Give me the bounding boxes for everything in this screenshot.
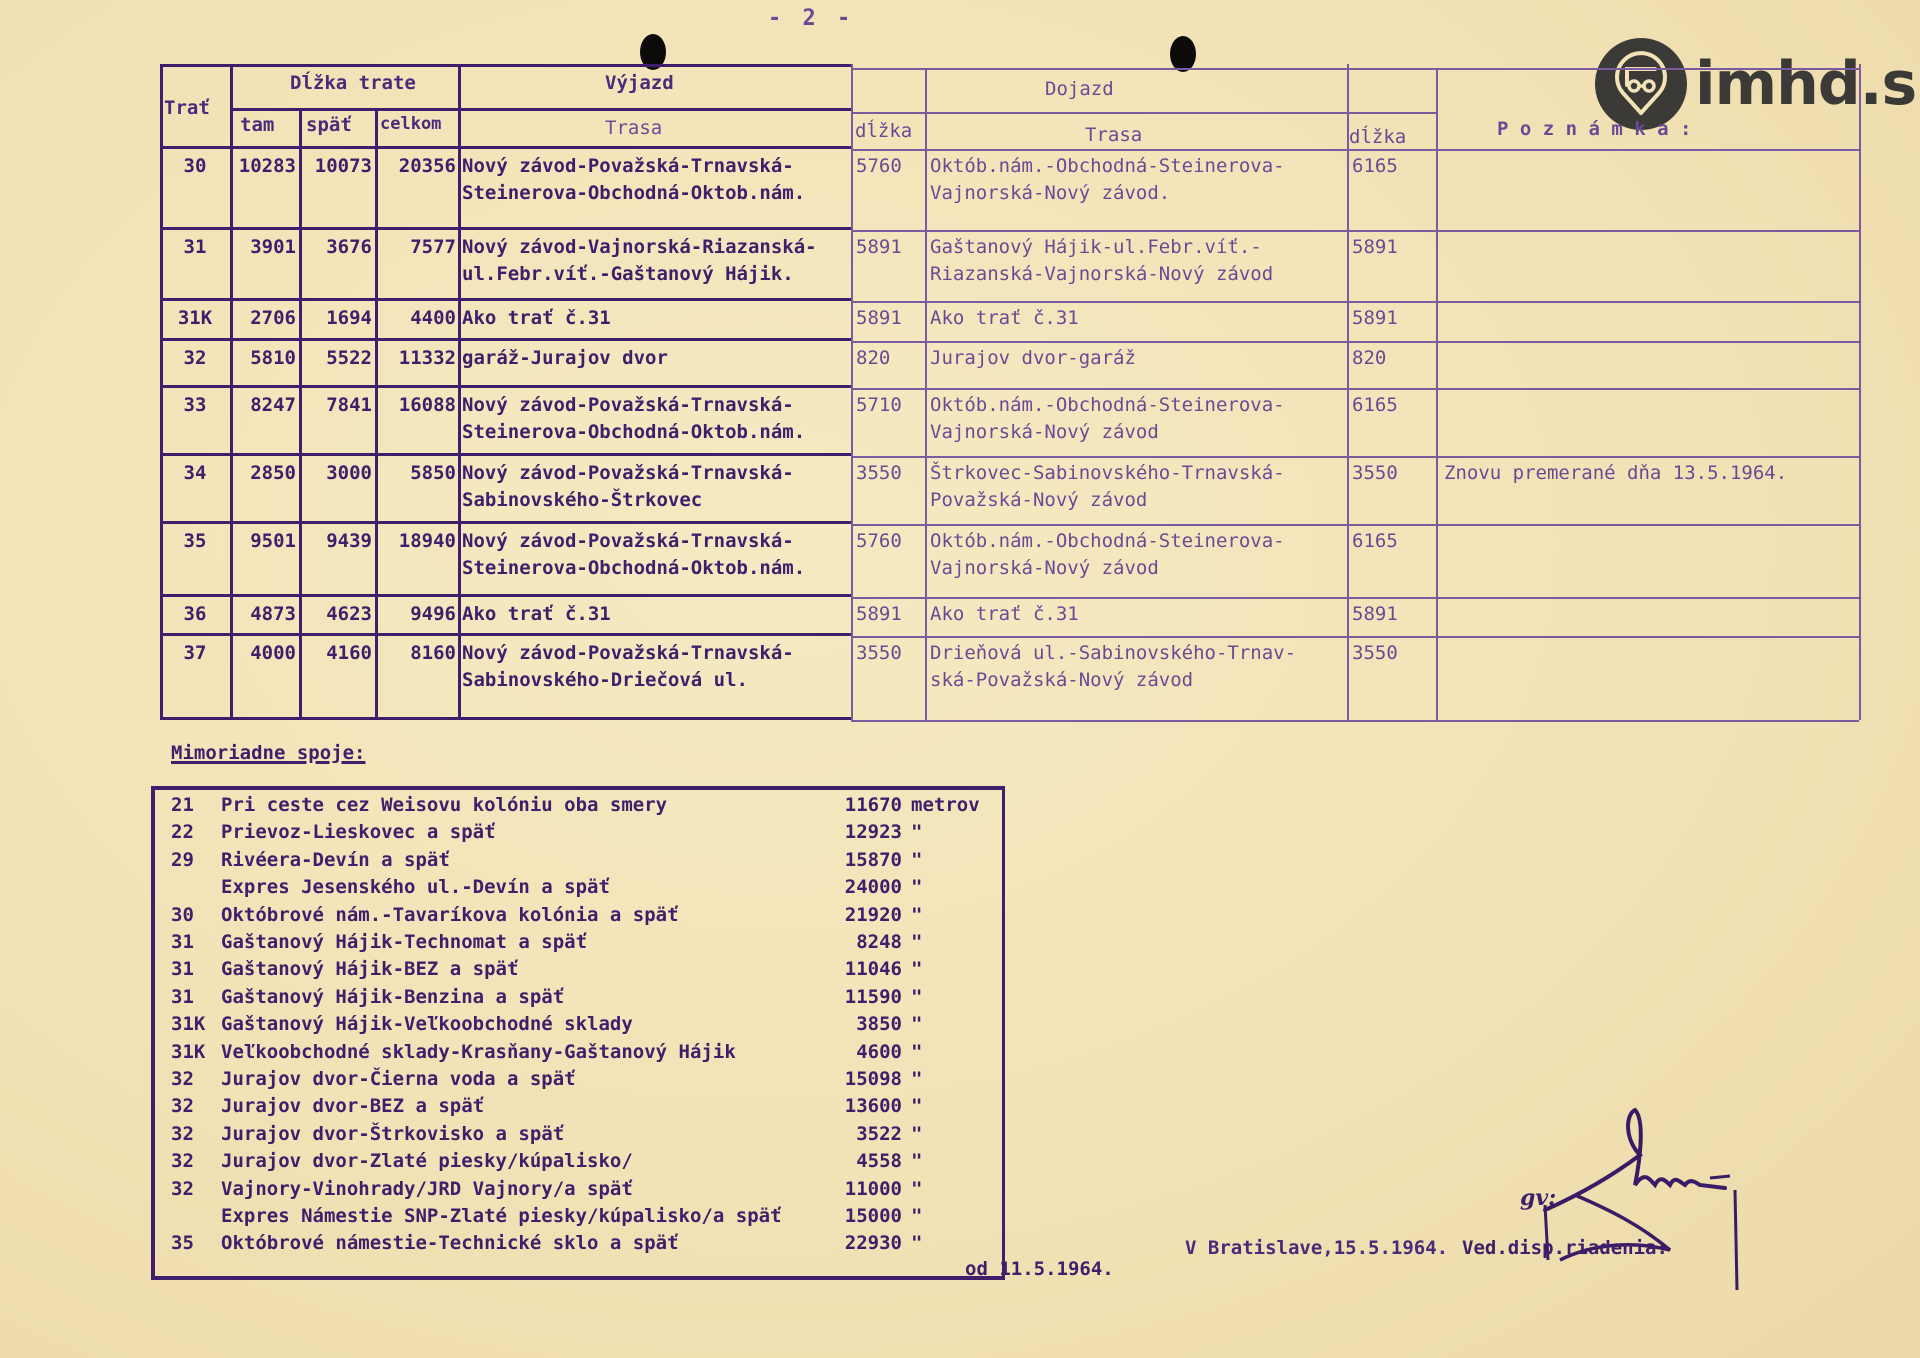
special-route-unit: " [911, 1205, 922, 1227]
cell-spat: 3000 [302, 461, 372, 486]
special-route-number: 31K [171, 1041, 205, 1063]
special-route-unit: " [911, 1041, 922, 1063]
table-rule [160, 385, 851, 388]
cell-trat: 35 [166, 529, 224, 554]
cell-tam: 5810 [232, 346, 296, 371]
special-route-unit: " [911, 904, 922, 926]
cell-dojazd-trasa: Vajnorská-Nový závod. [930, 181, 1170, 206]
special-route-unit: " [911, 821, 922, 843]
table-rule [851, 388, 1859, 390]
special-route-number: 32 [171, 1123, 194, 1145]
cell-vyjazd-trasa: Nový závod-Považská-Trnavská- [462, 461, 794, 486]
cell-dojazd-dlzka: 6165 [1352, 393, 1432, 418]
cell-vyjazd-trasa: garáž-Jurajov dvor [462, 346, 668, 371]
special-service-row: 31Gaštanový Hájik-Benzina a späť11590" [155, 986, 1002, 1013]
table-rule [851, 597, 1859, 599]
cell-dojazd-trasa: Vajnorská-Nový závod [930, 556, 1159, 581]
cell-dojazd-trasa: Riazanská-Vajnorská-Nový závod [930, 262, 1273, 287]
cell-vyjazd-dlzka: 5760 [856, 529, 920, 554]
table-rule [160, 298, 851, 301]
cell-dojazd-trasa: Ako trať č.31 [930, 602, 1079, 627]
cell-dojazd-dlzka: 5891 [1352, 306, 1432, 331]
table-rule [851, 301, 1859, 303]
cell-trat: 31 [166, 235, 224, 260]
cell-vyjazd-trasa: Ako trať č.31 [462, 602, 611, 627]
table-rule [160, 594, 851, 597]
cell-dojazd-dlzka: 6165 [1352, 154, 1432, 179]
special-route-text: Gaštanový Hájik-BEZ a späť [221, 958, 518, 980]
cell-dojazd-trasa: Považská-Nový závod [930, 488, 1147, 513]
cell-vyjazd-trasa: Sabinovského-Driečová ul. [462, 668, 748, 693]
cell-vyjazd-trasa: Nový závod-Vajnorská-Riazanská- [462, 235, 817, 260]
special-route-number: 31 [171, 958, 194, 980]
special-route-unit: " [911, 1095, 922, 1117]
cell-vyjazd-trasa: Steinerova-Obchodná-Oktob.nám. [462, 556, 805, 581]
special-route-number: 32 [171, 1178, 194, 1200]
special-route-length: 4558 [856, 1150, 902, 1172]
punch-hole [1170, 36, 1196, 72]
table-rule [1859, 64, 1861, 720]
cell-trat: 34 [166, 461, 224, 486]
header-vyjazd-dlzka: dĺžka [855, 120, 912, 142]
special-service-row: 32Jurajov dvor-Zlaté piesky/kúpalisko/45… [155, 1150, 1002, 1177]
special-route-text: Gaštanový Hájik-Benzina a späť [221, 986, 564, 1008]
special-service-row: 31Gaštanový Hájik-Technomat a späť8248" [155, 931, 1002, 958]
special-route-length: 8248 [856, 931, 902, 953]
special-route-length: 15098 [845, 1068, 902, 1090]
special-service-row: 30Októbrové nám.-Tavaríkova kolónia a sp… [155, 904, 1002, 931]
cell-dojazd-trasa: Októb.nám.-Obchodná-Steinerova- [930, 154, 1285, 179]
header-vyjazd-trasa: Trasa [605, 117, 662, 139]
cell-vyjazd-trasa: Nový závod-Považská-Trnavská- [462, 154, 794, 179]
special-route-text: Expres Námestie SNP-Zlaté piesky/kúpalis… [221, 1205, 782, 1227]
cell-trat: 33 [166, 393, 224, 418]
special-route-length: 12923 [845, 821, 902, 843]
table-rule [160, 64, 163, 720]
header-spat: späť [306, 114, 352, 136]
table-rule [851, 68, 1859, 70]
cell-vyjazd-dlzka: 5760 [856, 154, 920, 179]
cell-celkom: 4400 [378, 306, 456, 331]
logo-text: imhd.sk [1695, 49, 1920, 119]
special-route-unit: " [911, 1178, 922, 1200]
cell-dojazd-trasa: Októb.nám.-Obchodná-Steinerova- [930, 529, 1285, 554]
table-rule [851, 456, 1859, 458]
cell-vyjazd-trasa: Sabinovského-Štrkovec [462, 488, 702, 513]
special-route-length: 13600 [845, 1095, 902, 1117]
table-rule [458, 64, 461, 720]
special-route-text: Októbrové nám.-Tavaríkova kolónia a späť [221, 904, 679, 926]
cell-vyjazd-trasa: Ako trať č.31 [462, 306, 611, 331]
cell-celkom: 20356 [378, 154, 456, 179]
special-route-number: 21 [171, 794, 194, 816]
table-rule [851, 524, 1859, 526]
place-date: V Bratislave,15.5.1964. [1185, 1237, 1448, 1259]
special-route-number: 35 [171, 1232, 194, 1254]
special-route-text: Gaštanový Hájik-Technomat a späť [221, 931, 587, 953]
special-service-row: 31Gaštanový Hájik-BEZ a späť11046" [155, 958, 1002, 985]
special-route-text: Veľkoobchodné sklady-Krasňany-Gaštanový … [221, 1041, 736, 1063]
cell-vyjazd-trasa: Steinerova-Obchodná-Oktob.nám. [462, 420, 805, 445]
cell-vyjazd-dlzka: 5710 [856, 393, 920, 418]
special-route-text: Vajnory-Vinohrady/JRD Vajnory/a späť [221, 1178, 633, 1200]
cell-spat: 4623 [302, 602, 372, 627]
table-rule [1347, 64, 1349, 720]
table-rule [851, 230, 1859, 232]
cell-trat: 31K [166, 306, 224, 331]
cell-dojazd-dlzka: 6165 [1352, 529, 1432, 554]
header-dojazd: Dojazd [1045, 78, 1114, 100]
special-service-row: 31KGaštanový Hájik-Veľkoobchodné sklady3… [155, 1013, 1002, 1040]
special-route-unit: metrov [911, 794, 980, 816]
table-rule [160, 521, 851, 524]
table-rule [1436, 68, 1438, 720]
cell-dojazd-trasa: Vajnorská-Nový závod [930, 420, 1159, 445]
cell-celkom: 9496 [378, 602, 456, 627]
cell-dojazd-trasa: ská-Považská-Nový závod [930, 668, 1193, 693]
cell-spat: 4160 [302, 641, 372, 666]
cell-dojazd-dlzka: 820 [1352, 346, 1432, 371]
special-route-length: 4600 [856, 1041, 902, 1063]
cell-tam: 3901 [232, 235, 296, 260]
table-rule [160, 717, 851, 720]
special-route-number: 22 [171, 821, 194, 843]
special-route-number: 31K [171, 1013, 205, 1035]
cell-vyjazd-dlzka: 3550 [856, 641, 920, 666]
cell-spat: 3676 [302, 235, 372, 260]
special-route-text: Jurajov dvor-Štrkovisko a späť [221, 1123, 564, 1145]
special-route-length: 11670 [845, 794, 902, 816]
cell-celkom: 7577 [378, 235, 456, 260]
table-rule [925, 68, 927, 720]
cell-tam: 10283 [232, 154, 296, 179]
cell-celkom: 11332 [378, 346, 456, 371]
special-route-length: 24000 [845, 876, 902, 898]
header-tam: tam [240, 114, 274, 136]
special-route-length: 21920 [845, 904, 902, 926]
cell-dojazd-dlzka: 3550 [1352, 461, 1432, 486]
signatory-title: Ved.disp.riadenia: [1462, 1237, 1668, 1259]
special-route-unit: " [911, 1013, 922, 1035]
special-route-text: Gaštanový Hájik-Veľkoobchodné sklady [221, 1013, 633, 1035]
special-service-row: 31KVeľkoobchodné sklady-Krasňany-Gaštano… [155, 1041, 1002, 1068]
cell-celkom: 5850 [378, 461, 456, 486]
cell-dojazd-trasa: Drieňová ul.-Sabinovského-Trnav- [930, 641, 1296, 666]
cell-vyjazd-trasa: Nový závod-Považská-Trnavská- [462, 393, 794, 418]
special-route-text: Jurajov dvor-Čierna voda a späť [221, 1068, 576, 1090]
special-service-row: 32Jurajov dvor-BEZ a späť13600" [155, 1095, 1002, 1122]
cell-vyjazd-dlzka: 5891 [856, 602, 920, 627]
special-service-row: 22Prievoz-Lieskovec a späť12923" [155, 821, 1002, 848]
cell-tam: 4873 [232, 602, 296, 627]
imhd-logo[interactable]: imhd.sk [1595, 38, 1920, 130]
table-rule [160, 633, 851, 636]
bus-pin-icon [1595, 38, 1687, 130]
special-route-text: Prievoz-Lieskovec a späť [221, 821, 496, 843]
header-dojazd-dlzka: dĺžka [1349, 126, 1406, 148]
special-service-row: Expres Jesenského ul.-Devín a späť24000" [155, 876, 1002, 903]
special-route-length: 15870 [845, 849, 902, 871]
cell-tam: 2850 [232, 461, 296, 486]
special-route-number: 32 [171, 1095, 194, 1117]
table-rule [160, 338, 851, 341]
special-route-number: 31 [171, 986, 194, 1008]
special-route-text: Rivéera-Devín a späť [221, 849, 450, 871]
cell-dojazd-dlzka: 5891 [1352, 602, 1432, 627]
special-route-text: Jurajov dvor-BEZ a späť [221, 1095, 484, 1117]
special-route-text: Expres Jesenského ul.-Devín a späť [221, 876, 610, 898]
cell-tam: 9501 [232, 529, 296, 554]
cell-dojazd-trasa: Štrkovec-Sabinovského-Trnavská- [930, 461, 1285, 486]
special-route-unit: " [911, 986, 922, 1008]
special-route-length: 3850 [856, 1013, 902, 1035]
header-poznamka: P o z n á m k a : [1497, 118, 1691, 140]
table-rule [160, 146, 851, 149]
cell-tam: 2706 [232, 306, 296, 331]
cell-trat: 32 [166, 346, 224, 371]
cell-trat: 36 [166, 602, 224, 627]
special-route-length: 22930 [845, 1232, 902, 1254]
special-route-unit: " [911, 1068, 922, 1090]
special-route-unit: " [911, 958, 922, 980]
cell-vyjazd-trasa: ul.Febr.víť.-Gaštanový Hájik. [462, 262, 794, 287]
special-route-number: 31 [171, 931, 194, 953]
special-route-unit: " [911, 876, 922, 898]
cell-poznamka: Znovu premerané dňa 13.5.1964. [1444, 461, 1787, 486]
validity-note: od 11.5.1964. [965, 1258, 1114, 1280]
header-celkom: celkom [380, 114, 441, 134]
header-trat: Trať [164, 97, 210, 119]
cell-celkom: 8160 [378, 641, 456, 666]
cell-dojazd-dlzka: 5891 [1352, 235, 1432, 260]
cell-trat: 37 [166, 641, 224, 666]
special-route-length: 15000 [845, 1205, 902, 1227]
special-service-row: 32Jurajov dvor-Čierna voda a späť15098" [155, 1068, 1002, 1095]
special-service-row: 29Rivéera-Devín a späť15870" [155, 849, 1002, 876]
header-vyjazd: Výjazd [605, 72, 674, 94]
cell-dojazd-trasa: Gaštanový Hájik-ul.Febr.víť.- [930, 235, 1262, 260]
cell-spat: 7841 [302, 393, 372, 418]
cell-tam: 8247 [232, 393, 296, 418]
cell-vyjazd-dlzka: 5891 [856, 306, 920, 331]
table-rule [851, 720, 1859, 722]
special-route-length: 11000 [845, 1178, 902, 1200]
special-route-text: Októbrové námestie-Technické sklo a späť [221, 1232, 679, 1254]
special-service-row: 21Pri ceste cez Weisovu kolóniu oba smer… [155, 794, 1002, 821]
cell-vyjazd-dlzka: 3550 [856, 461, 920, 486]
special-services-box: 21Pri ceste cez Weisovu kolóniu oba smer… [151, 786, 1005, 1280]
special-route-unit: " [911, 1123, 922, 1145]
cell-spat: 9439 [302, 529, 372, 554]
table-rule [851, 341, 1859, 343]
special-route-text: Jurajov dvor-Zlaté piesky/kúpalisko/ [221, 1150, 633, 1172]
cell-dojazd-trasa: Ako trať č.31 [930, 306, 1079, 331]
cell-dojazd-dlzka: 3550 [1352, 641, 1432, 666]
cell-celkom: 18940 [378, 529, 456, 554]
cell-spat: 1694 [302, 306, 372, 331]
table-rule [851, 64, 853, 720]
cell-vyjazd-dlzka: 820 [856, 346, 920, 371]
cell-trat: 30 [166, 154, 224, 179]
special-route-length: 11046 [845, 958, 902, 980]
page-number: - 2 - [768, 6, 854, 31]
special-route-length: 3522 [856, 1123, 902, 1145]
special-route-unit: " [911, 1150, 922, 1172]
table-rule [851, 149, 1859, 151]
cell-vyjazd-dlzka: 5891 [856, 235, 920, 260]
header-dojazd-trasa: Trasa [1085, 124, 1142, 146]
special-service-row: 32Jurajov dvor-Štrkovisko a späť3522" [155, 1123, 1002, 1150]
table-rule [160, 227, 851, 230]
header-dlzka-trate: Dĺžka trate [290, 72, 416, 94]
cell-dojazd-trasa: Októb.nám.-Obchodná-Steinerova- [930, 393, 1285, 418]
special-route-unit: " [911, 931, 922, 953]
special-route-number: 32 [171, 1150, 194, 1172]
special-service-row: Expres Námestie SNP-Zlaté piesky/kúpalis… [155, 1205, 1002, 1232]
special-service-row: 32Vajnory-Vinohrady/JRD Vajnory/a späť11… [155, 1178, 1002, 1205]
cell-dojazd-trasa: Jurajov dvor-garáž [930, 346, 1136, 371]
signature [1530, 1100, 1760, 1300]
cell-vyjazd-trasa: Steinerova-Obchodná-Oktob.nám. [462, 181, 805, 206]
special-route-number: 30 [171, 904, 194, 926]
table-rule [160, 64, 851, 67]
cell-celkom: 16088 [378, 393, 456, 418]
special-route-text: Pri ceste cez Weisovu kolóniu oba smery [221, 794, 667, 816]
table-rule [851, 636, 1859, 638]
table-rule [230, 108, 851, 111]
table-rule [160, 453, 851, 456]
special-route-unit: " [911, 849, 922, 871]
special-route-length: 11590 [845, 986, 902, 1008]
cell-spat: 10073 [302, 154, 372, 179]
special-service-row: 35Októbrové námestie-Technické sklo a sp… [155, 1232, 1002, 1259]
cell-tam: 4000 [232, 641, 296, 666]
special-route-number: 29 [171, 849, 194, 871]
cell-vyjazd-trasa: Nový závod-Považská-Trnavská- [462, 641, 794, 666]
special-route-number: 32 [171, 1068, 194, 1090]
cell-spat: 5522 [302, 346, 372, 371]
special-route-unit: " [911, 1232, 922, 1254]
cell-vyjazd-trasa: Nový závod-Považská-Trnavská- [462, 529, 794, 554]
special-services-title: Mimoriadne spoje: [171, 742, 365, 764]
